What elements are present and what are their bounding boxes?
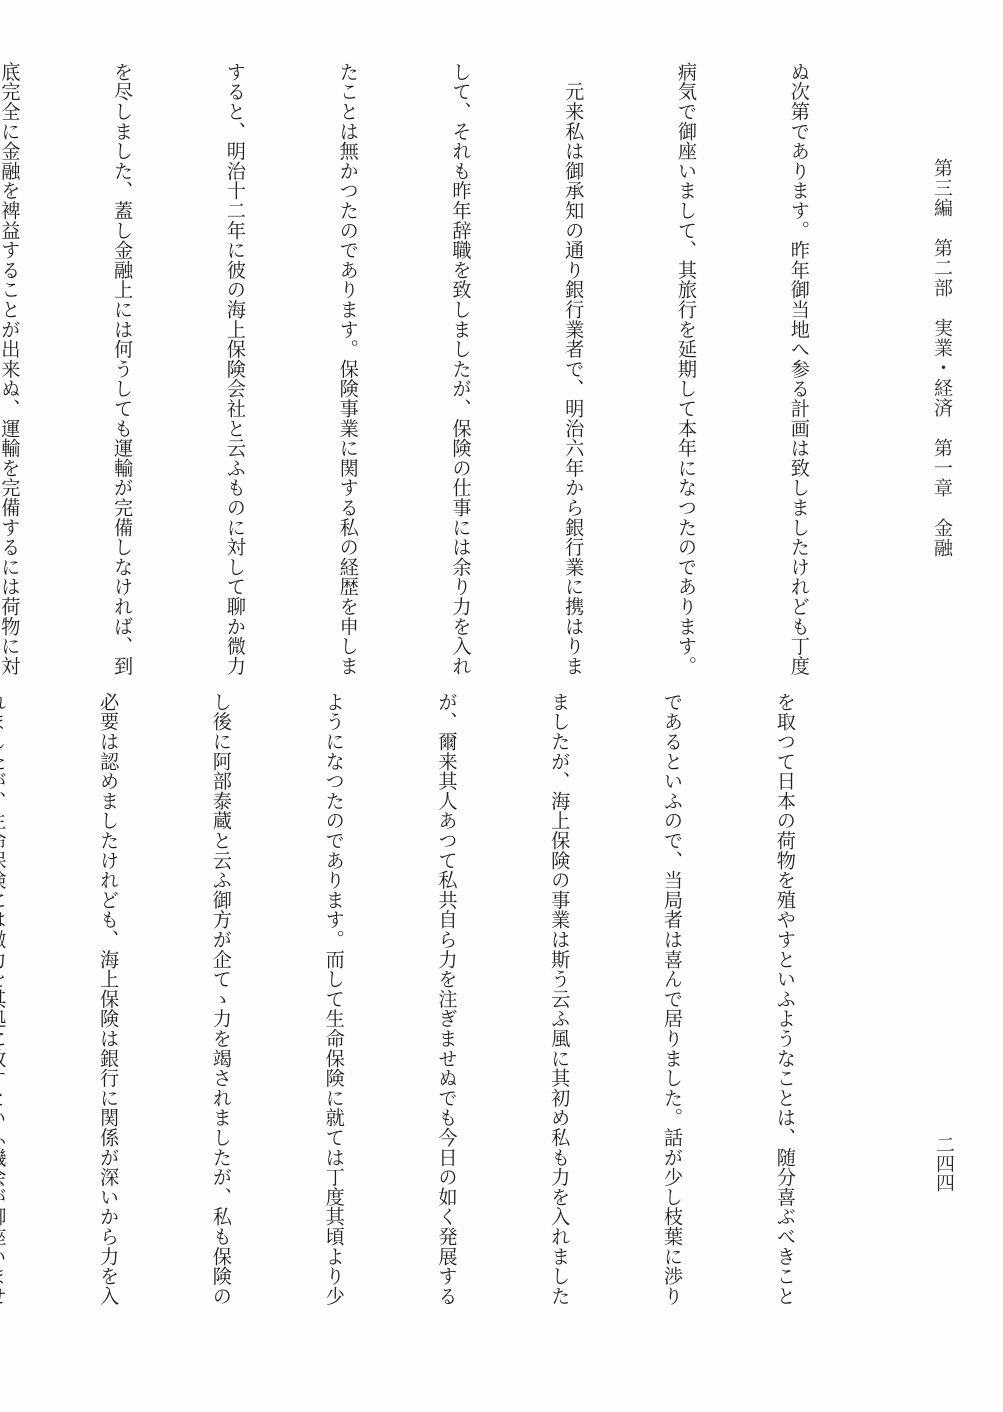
text-column: ようになつたのであります。而して生命保険に就ては丁度其頃より少	[315, 692, 353, 1332]
text-column: 必要は認めましたけれども、海上保険は銀行に関係が深いから力を入	[90, 692, 128, 1332]
text-column: たことは無かつたのであります。保険事業に関する私の経歴を申しま	[329, 62, 367, 682]
text-block-lower: を取つて日本の荷物を殖やすといふようなことは、随分喜ぶべきこと であるといふので…	[0, 692, 879, 1332]
text-column: ましたが、海上保険の事業は斯う云ふ風に其初め私も力を入れました	[541, 692, 579, 1332]
text-column: して、それも昨年辞職を致しましたが、保険の仕事には余り力を入れ	[442, 62, 480, 682]
text-block-upper: ぬ次第であります。昨年御当地へ参る計画は致しましたけれども丁度 病気で御座いまし…	[0, 62, 893, 682]
text-column: が、爾来其人あつて私共自ら力を注ぎませぬでも今日の如く発展する	[428, 692, 466, 1332]
text-column: すると、明治十二年に彼の海上保険会社と云ふものに対して聊か微力	[216, 62, 254, 682]
text-column: を尽しました、蓋し金融上には何うしても運輸が完備しなければ、到	[104, 62, 142, 682]
text-column: ぬ次第であります。昨年御当地へ参る計画は致しましたけれども丁度	[780, 62, 818, 682]
text-column: 病気で御座いまして、其旅行を延期して本年になつたのであります。	[667, 62, 705, 682]
text-column: れましたが、生命保険には微力を其処に致すといふ機会が御座いませ	[0, 692, 14, 1332]
text-column: し後に阿部泰蔵と云ふ御方が企てゝ力を竭されましたが、私も保険の	[202, 692, 240, 1332]
document-page: 第三編 第二部 実業・経済 第一章 金融 ぬ次第であります。昨年御当地へ参る計画…	[0, 0, 1003, 1412]
text-column: 元来私は御承知の通り銀行業者で、明治六年から銀行業に携はりま	[555, 62, 593, 682]
text-column: であるといふので、当局者は喜んで居りました。話が少し枝葉に渉り	[653, 692, 691, 1332]
text-column: を取つて日本の荷物を殖やすといふようなことは、随分喜ぶべきこと	[766, 692, 804, 1332]
text-column: 底完全に金融を裨益することが出来ぬ、運輸を完備するには荷物に対	[0, 62, 28, 682]
page-number: 二四四	[931, 1135, 957, 1192]
running-header: 第三編 第二部 実業・経済 第一章 金融	[929, 158, 955, 558]
